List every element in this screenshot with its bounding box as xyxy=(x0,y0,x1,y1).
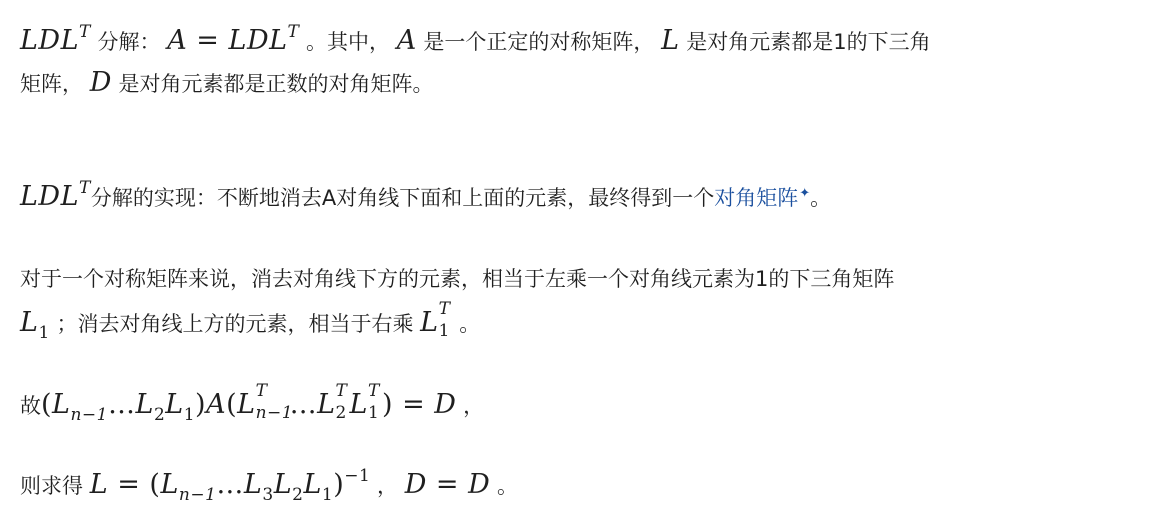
math-d: D xyxy=(90,67,112,98)
math-a: A xyxy=(397,25,417,56)
elimination-paragraph-line-2: L1 ；消去对角线上方的元素，相当于右乘 LT1 。 xyxy=(20,304,480,343)
text: 是对角元素都是正数的对角矩阵。 xyxy=(112,72,434,96)
sparkle-icon: ✦ xyxy=(799,186,810,201)
result-paragraph: 则求得 L = (Ln−1…L3L2L1)−1 ， D = D 。 xyxy=(20,466,518,505)
text: 故 xyxy=(20,394,41,418)
math-l: L xyxy=(661,25,679,56)
elimination-paragraph-line-1: 对于一个对称矩阵来说，消去对角线下方的元素，相当于左乘一个对角线元素为1的下三角… xyxy=(20,260,894,298)
text: 是一个正定的对称矩阵， xyxy=(417,30,661,54)
definition-paragraph-line-1: LDLT 分解： A = LDLT 。其中， A 是一个正定的对称矩阵， L 是… xyxy=(20,22,931,61)
math-d-equals-d: D = D xyxy=(405,469,491,500)
implementation-paragraph: LDLT分解的实现：不断地消去A对角线下面和上面的元素，最终得到一个对角矩阵✦。 xyxy=(20,178,831,221)
text: 。 xyxy=(490,474,518,498)
math-l-inverse-product: L = (Ln−1…L3L2L1)−1 xyxy=(90,469,371,500)
diagonal-matrix-link[interactable]: 对角矩阵✦ xyxy=(714,186,810,210)
text: ， xyxy=(370,474,404,498)
text: 则求得 xyxy=(20,474,90,498)
text: 。其中， xyxy=(299,30,396,54)
math-l1-transpose: LT1 xyxy=(420,307,452,338)
math-ldlt: LDLT xyxy=(20,25,91,56)
text: 是对角元素都是1的下三角 xyxy=(680,30,931,54)
text: 对于一个对称矩阵来说，消去对角线下方的元素，相当于左乘一个对角线元素为1的下三角… xyxy=(20,267,894,291)
text: ；消去对角线上方的元素，相当于右乘 xyxy=(50,312,420,336)
math-l1: L1 xyxy=(20,307,50,338)
text: 。 xyxy=(453,312,481,336)
therefore-paragraph: 故(Ln−1…L2L1)A(LTn−1…LT2LT1) = D ， xyxy=(20,386,484,425)
definition-paragraph-line-2: 矩阵， D 是对角元素都是正数的对角矩阵。 xyxy=(20,64,434,103)
math-ldlt: LDLT xyxy=(20,181,91,212)
text: ， xyxy=(456,394,484,418)
text: 矩阵， xyxy=(20,72,90,96)
math-equation-a-equals-ldlt: A = LDLT xyxy=(167,25,299,56)
text: 分解的实现：不断地消去A对角线下面和上面的元素，最终得到一个 xyxy=(91,186,714,210)
text: 分解： xyxy=(91,30,167,54)
math-product-equation: (Ln−1…L2L1)A(LTn−1…LT2LT1) = D xyxy=(41,389,456,420)
text: 。 xyxy=(810,186,831,210)
